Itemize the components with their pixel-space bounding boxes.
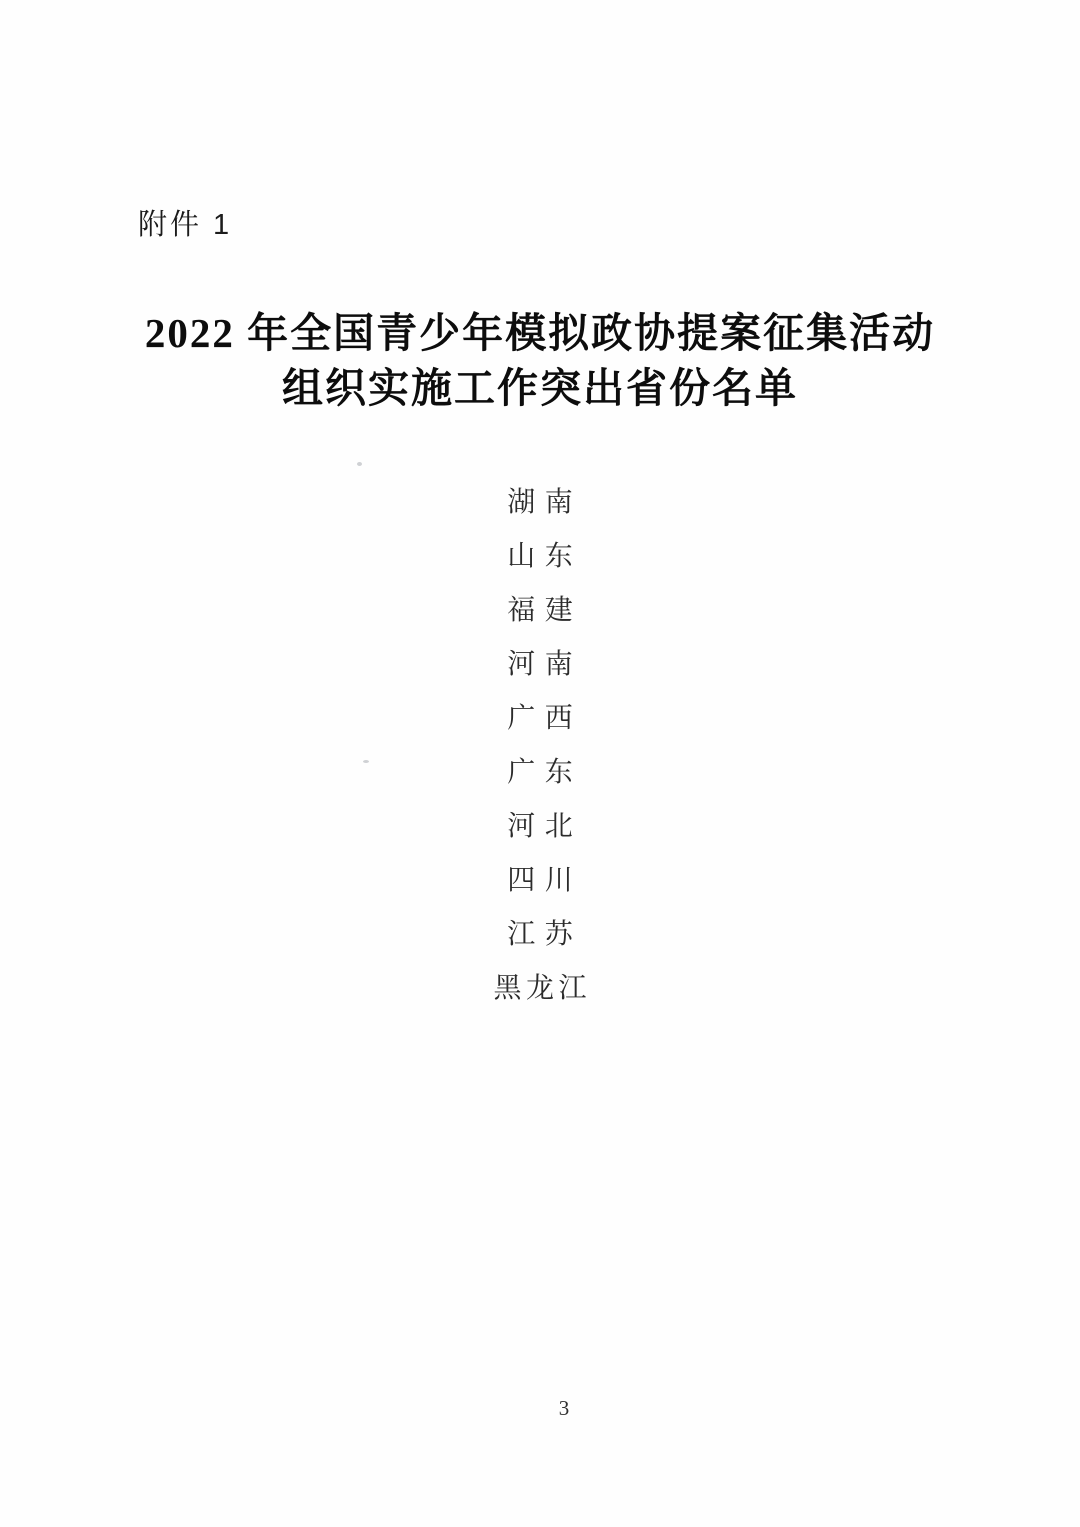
page-number: 3 [0,1396,1080,1421]
province-item: 山东 [0,530,1080,584]
document-page: 附件 1 2022 年全国青少年模拟政协提案征集活动 组织实施工作突出省份名单 … [0,0,1080,1527]
page-number-value: 3 [559,1396,570,1420]
province-name: 湖南 [507,487,582,518]
province-list: 湖南 山东 福建 河南 广西 广东 河北 四川 江苏 黑龙江 [0,476,1080,1016]
province-item: 四川 [0,854,1080,908]
province-name: 黑龙江 [494,973,591,1004]
scan-artifact [357,462,362,466]
title-line-2: 组织实施工作突出省份名单 [0,361,1080,416]
province-item: 广西 [0,692,1080,746]
province-name: 广西 [507,703,582,734]
province-name: 山东 [507,541,582,572]
province-name: 江苏 [507,919,582,950]
province-item: 河北 [0,800,1080,854]
province-name: 河南 [507,649,582,680]
province-item: 广东 [0,746,1080,800]
document-title: 2022 年全国青少年模拟政协提案征集活动 组织实施工作突出省份名单 [0,306,1080,416]
province-name: 河北 [507,811,582,842]
province-item: 河南 [0,638,1080,692]
province-name: 广东 [507,757,582,788]
attachment-label: 附件 1 [138,202,232,243]
scan-artifact [363,760,369,763]
province-name: 福建 [507,595,582,626]
province-item: 湖南 [0,476,1080,530]
province-name: 四川 [507,865,582,896]
province-item: 福建 [0,584,1080,638]
title-line-1: 2022 年全国青少年模拟政协提案征集活动 [0,306,1080,361]
province-item: 江苏 [0,908,1080,962]
province-item: 黑龙江 [0,962,1080,1016]
